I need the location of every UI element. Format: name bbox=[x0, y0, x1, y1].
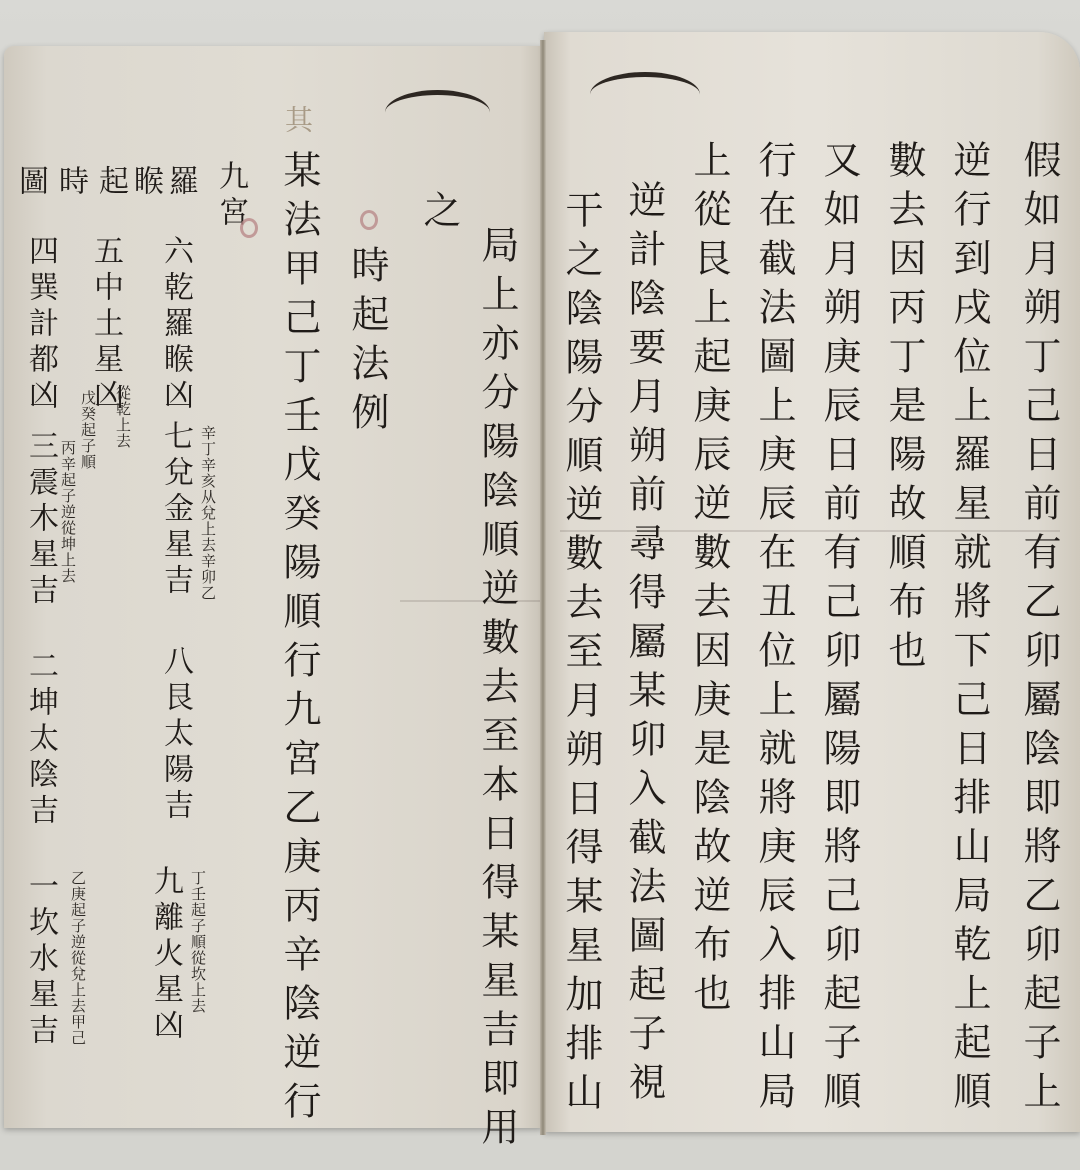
palace-entry: 六乾羅睺凶 bbox=[160, 235, 190, 415]
palace-entry: 七兌金星吉 bbox=[160, 420, 190, 600]
text-column: 數去因丙丁是陽故順布也 bbox=[885, 140, 923, 679]
text-column: 干之陰陽分順逆數去至月朔日得某星加排山 bbox=[562, 190, 600, 1121]
text-column: 假如月朔丁己日前有乙卯屬陰即將乙卯起子上 bbox=[1020, 140, 1058, 1120]
text-column: 之 bbox=[420, 190, 458, 239]
red-circle-mark bbox=[360, 210, 378, 230]
text-column: 九宮 bbox=[215, 160, 245, 232]
book-spine bbox=[540, 40, 546, 1135]
palace-entry: 一坎水星吉 bbox=[25, 870, 55, 1050]
red-circle-mark bbox=[240, 218, 258, 238]
section-heading: 時起法例 bbox=[348, 245, 386, 441]
palace-note: 戊癸起子順 bbox=[80, 390, 95, 470]
palace-note: 辛丁辛亥从兌上去辛卯乙 bbox=[200, 425, 215, 601]
text-column: 上從艮上起庚辰逆數去因庚是陰故逆布也 bbox=[690, 140, 728, 1022]
margin-annotation: 其 bbox=[283, 105, 311, 144]
text-column: 某法甲己丁壬戊癸陽順行九宮乙庚丙辛陰逆行 bbox=[280, 150, 318, 1130]
text-column: 逆計陰要月朔前尋得屬某卯入截法圖起子視 bbox=[625, 180, 663, 1111]
palace-note: 丙辛起子逆從坤上去 bbox=[60, 440, 75, 584]
chart-title-char: 時 bbox=[55, 165, 85, 201]
palace-note: 從乾上去 bbox=[115, 385, 130, 449]
chart-title-char: 睺 bbox=[130, 165, 160, 201]
text-column: 行在截法圖上庚辰在丑位上就將庚辰入排山局 bbox=[755, 140, 793, 1120]
brush-arch-mark bbox=[385, 90, 490, 135]
palace-note: 乙庚起子逆從兌上去甲己 bbox=[70, 870, 85, 1046]
palace-entry: 九離火星凶 bbox=[150, 865, 180, 1045]
chart-title-char: 起 bbox=[95, 165, 125, 201]
text-column: 又如月朔庚辰日前有己卯屬陽即將己卯起子順 bbox=[820, 140, 858, 1120]
palace-note: 丁壬起子順從坎上去 bbox=[190, 870, 205, 1014]
chart-title-char: 羅 bbox=[165, 165, 195, 201]
palace-entry: 三震木星吉 bbox=[25, 430, 55, 610]
palace-entry: 四巽計都凶 bbox=[25, 235, 55, 415]
brush-arch-mark bbox=[590, 72, 700, 117]
text-column: 局上亦分陽陰順逆數去至本日得某星吉即用 bbox=[478, 225, 516, 1156]
text-column: 逆行到戌位上羅星就將下己日排山局乾上起順 bbox=[950, 140, 988, 1120]
paper-fold bbox=[400, 600, 540, 602]
palace-entry: 八艮太陽吉 bbox=[160, 645, 190, 825]
palace-entry: 二坤太陰吉 bbox=[25, 650, 55, 830]
chart-title-char: 圖 bbox=[15, 165, 45, 201]
